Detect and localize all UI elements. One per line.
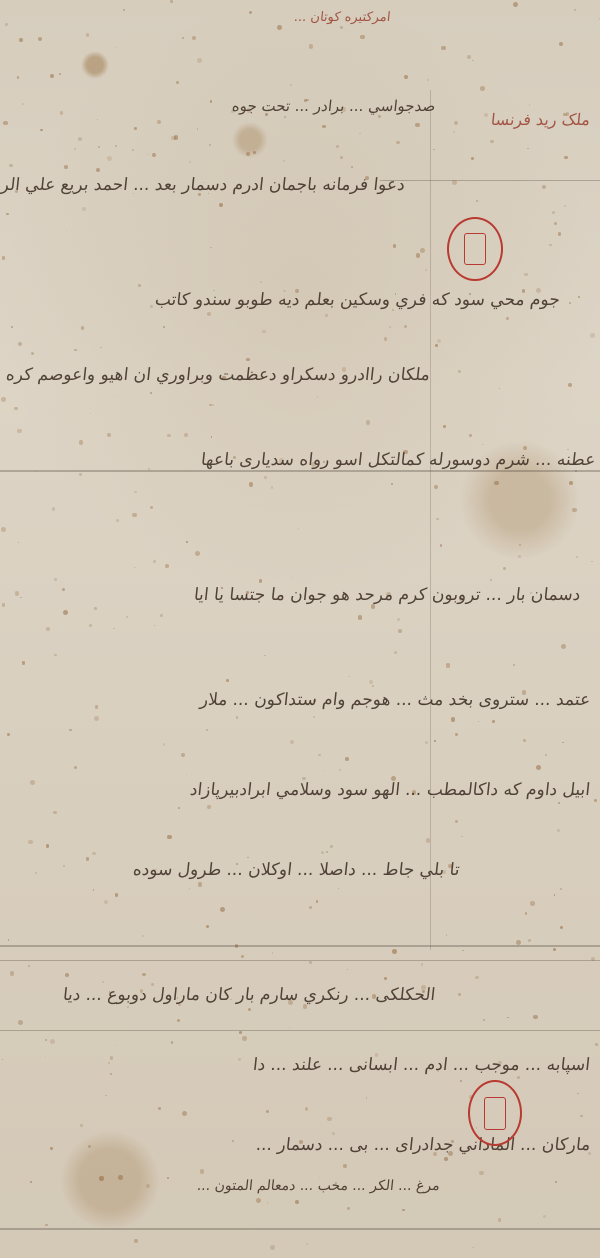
margin-rule <box>430 90 431 950</box>
header-note: امرکتيره کوتان ... <box>293 10 391 25</box>
seal-stamp-icon <box>468 1080 522 1146</box>
text-line: تا بلي جاط ... داصلا ... اوکلان ... طرول… <box>132 860 461 880</box>
text-line: صدجواسي ... برادر ... تحت جوه <box>231 97 436 115</box>
text-line: ملکان راادرو دسکراو دعظمت وبراوري ان اهي… <box>5 365 431 385</box>
text-line: دسمان بار ... تروبون کرم مرحد هو جوان ما… <box>193 585 581 605</box>
text-line: مارکان ... الماداني جدادرای ... بى ... د… <box>255 1135 591 1155</box>
seal-stamp-icon <box>447 217 503 281</box>
text-line: ابيل داوم که داکالمطب ... الهو سود وسلام… <box>189 780 591 800</box>
text-line: عتمد ... ستروى بخد مث ... هوجم وام ستداک… <box>199 690 591 710</box>
text-line: مرغ ... الکر ... مخب ... دمعالم المتون .… <box>196 1178 440 1194</box>
text-line: الحکلکى ... رنکري سارم بار کان ماراول دو… <box>62 985 436 1005</box>
address-label: ملک ريد فرنسا <box>490 110 591 129</box>
text-line: جوم محي سود که فري وسکين بعلم ديه طوبو س… <box>154 290 561 310</box>
text-line: اسپابه ... موجب ... ادم ... ابسانى ... ع… <box>252 1055 591 1075</box>
manuscript-page: امرکتيره کوتان ... ملک ريد فرنسا صدجواسي… <box>0 0 600 1258</box>
fold-line <box>0 470 600 472</box>
fold-line <box>0 960 600 961</box>
fold-line <box>0 1030 600 1031</box>
fold-line <box>0 1228 600 1230</box>
text-line: عطنه ... شرم دوسورله کمالتکل اسو رواه سد… <box>200 450 596 470</box>
text-line: دعوا فرمانه باجمان ادرم دسمار بعد ... اح… <box>0 175 406 195</box>
fold-line <box>380 180 600 181</box>
fold-line <box>0 945 600 947</box>
